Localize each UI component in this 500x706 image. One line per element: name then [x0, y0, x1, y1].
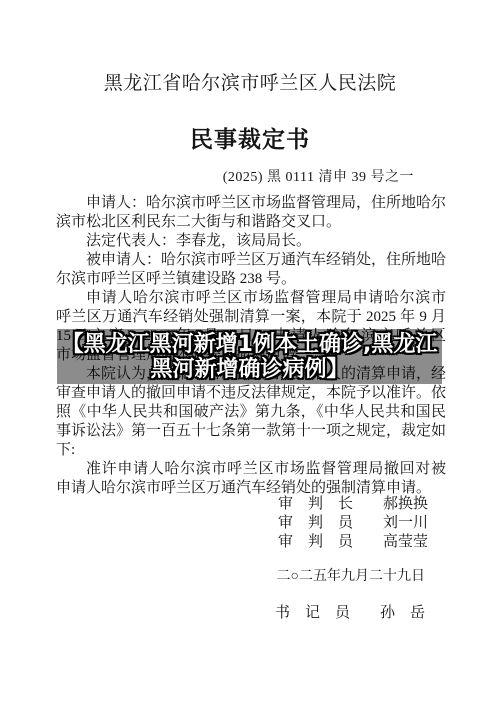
- caption-overlay: 【黑龙江黑河新增1例本土确诊,黑龙江 黑河新增确诊病例】: [57, 329, 442, 384]
- judge-signature-block: 审 判 长 郝换换审 判 员 刘一川审 判 员 高莹莹: [278, 495, 428, 552]
- caption-text-line2: 黑河新增确诊病例】: [150, 357, 348, 382]
- body-line: 事诉讼法》第一百五十七条第一款第十一项之规定，裁定如: [56, 422, 446, 441]
- body-line: 申请人哈尔滨市呼兰区市场监督管理局申请哈尔滨市: [56, 289, 446, 308]
- judge-line: 审 判 长 郝换换: [278, 495, 428, 514]
- body-line: 审查申请人的撤回申请不违反法律规定，本院予以准许。依: [56, 384, 446, 403]
- body-line: 申请人：哈尔滨市呼兰区市场监督管理局，住所地哈尔: [56, 194, 446, 213]
- caption-text-line1: 【黑龙江黑河新增1例本土确诊,黑龙江: [62, 332, 438, 357]
- body-line: 下:: [56, 441, 446, 460]
- ruling-date: 二○二五年九月二十九日: [277, 567, 425, 586]
- body-line: 准许申请人哈尔滨市呼兰区市场监督管理局撤回对被: [56, 460, 446, 479]
- judge-line: 审 判 员 刘一川: [278, 514, 428, 533]
- body-line: 照《中华人民共和国破产法》第九条，《中华人民共和国民: [56, 403, 446, 422]
- body-line: 法定代表人：李春龙，该局局长。: [56, 232, 446, 251]
- document-title: 民事裁定书: [0, 121, 500, 154]
- body-line: 被申请人：哈尔滨市呼兰区万通汽车经销处，住所地哈: [56, 251, 446, 270]
- body-line: 尔滨市呼兰区呼兰镇建设路 238 号。: [56, 270, 446, 289]
- body-line: 滨市松北区利民东二大街与和谐路交叉口。: [56, 213, 446, 232]
- body-line: 呼兰区万通汽车经销处强制清算一案，本院于 2025 年 9 月: [56, 308, 446, 327]
- case-number: (2025) 黑 0111 清申 39 号之一: [223, 166, 414, 186]
- judge-line: 审 判 员 高莹莹: [278, 533, 428, 552]
- ruling-document-page: 黑龙江省哈尔滨市呼兰区人民法院 民事裁定书 (2025) 黑 0111 清申 3…: [0, 0, 500, 706]
- court-name: 黑龙江省哈尔滨市呼兰区人民法院: [0, 68, 500, 95]
- clerk-line: 书 记 员 孙 岳: [275, 604, 425, 623]
